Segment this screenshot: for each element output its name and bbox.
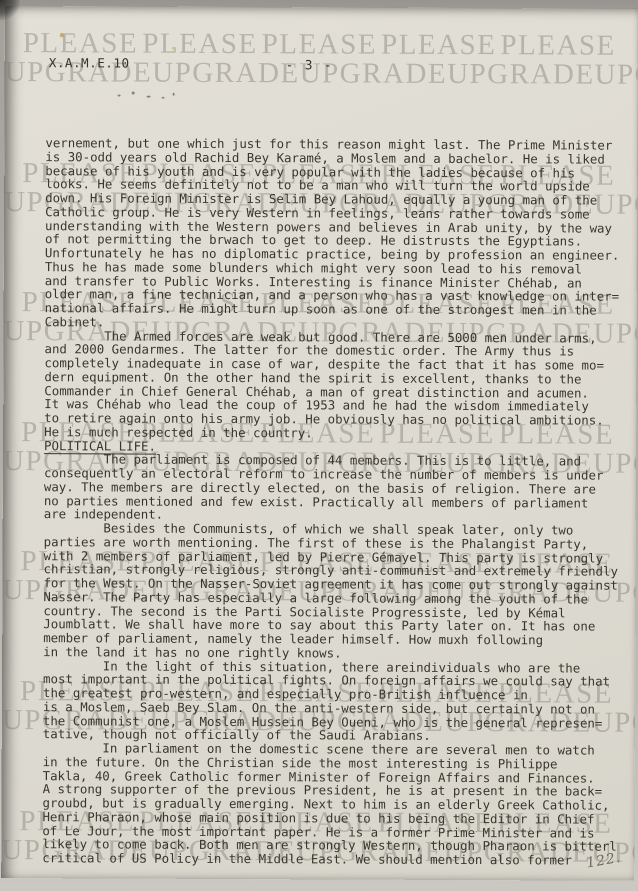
document-reference: X.A.M.E.10 bbox=[49, 55, 130, 70]
paragraph: In the light of this situation, there ar… bbox=[43, 659, 628, 744]
page-number: - 3 - bbox=[286, 57, 334, 72]
scanned-document-screenshot: { "scan": { "background_color": "#aba8a3… bbox=[0, 0, 638, 891]
watermark-word: PLEASE bbox=[23, 29, 138, 59]
pencil-mark bbox=[132, 92, 135, 95]
pencil-mark bbox=[162, 97, 165, 99]
pencil-mark bbox=[147, 96, 151, 98]
watermark-word: PLEASE bbox=[262, 30, 377, 60]
paragraph: vernement, but one which just for this r… bbox=[45, 136, 631, 331]
watermark-word: UPGRADE bbox=[595, 61, 638, 91]
typewritten-text: vernement, but one which just for this r… bbox=[42, 136, 630, 867]
paragraph: The Armed forces are weak but good. Ther… bbox=[44, 329, 629, 442]
watermark-word: PLEASE bbox=[381, 31, 496, 61]
pencil-mark bbox=[173, 93, 175, 96]
scanned-paper-page: PLEASEPLEASEPLEASEPLEASEPLEASEUPGRADEUPG… bbox=[1, 6, 638, 881]
watermark-word: UPGRADE bbox=[447, 60, 595, 90]
paragraph: In parliament on the domestic scene ther… bbox=[42, 741, 628, 867]
paper-stain bbox=[172, 47, 175, 50]
pencil-mark bbox=[118, 94, 121, 96]
watermark-word: PLEASE bbox=[142, 30, 257, 60]
watermark-word: PLEASE bbox=[500, 31, 615, 61]
scan-corner-shadow bbox=[0, 0, 20, 20]
paragraph: Besides the Communists, of which we shal… bbox=[43, 521, 629, 661]
paper-stain bbox=[60, 33, 64, 37]
watermark-word: UPGRADE bbox=[152, 59, 300, 89]
paragraph: The parliament is composed of 44 members… bbox=[44, 452, 629, 523]
